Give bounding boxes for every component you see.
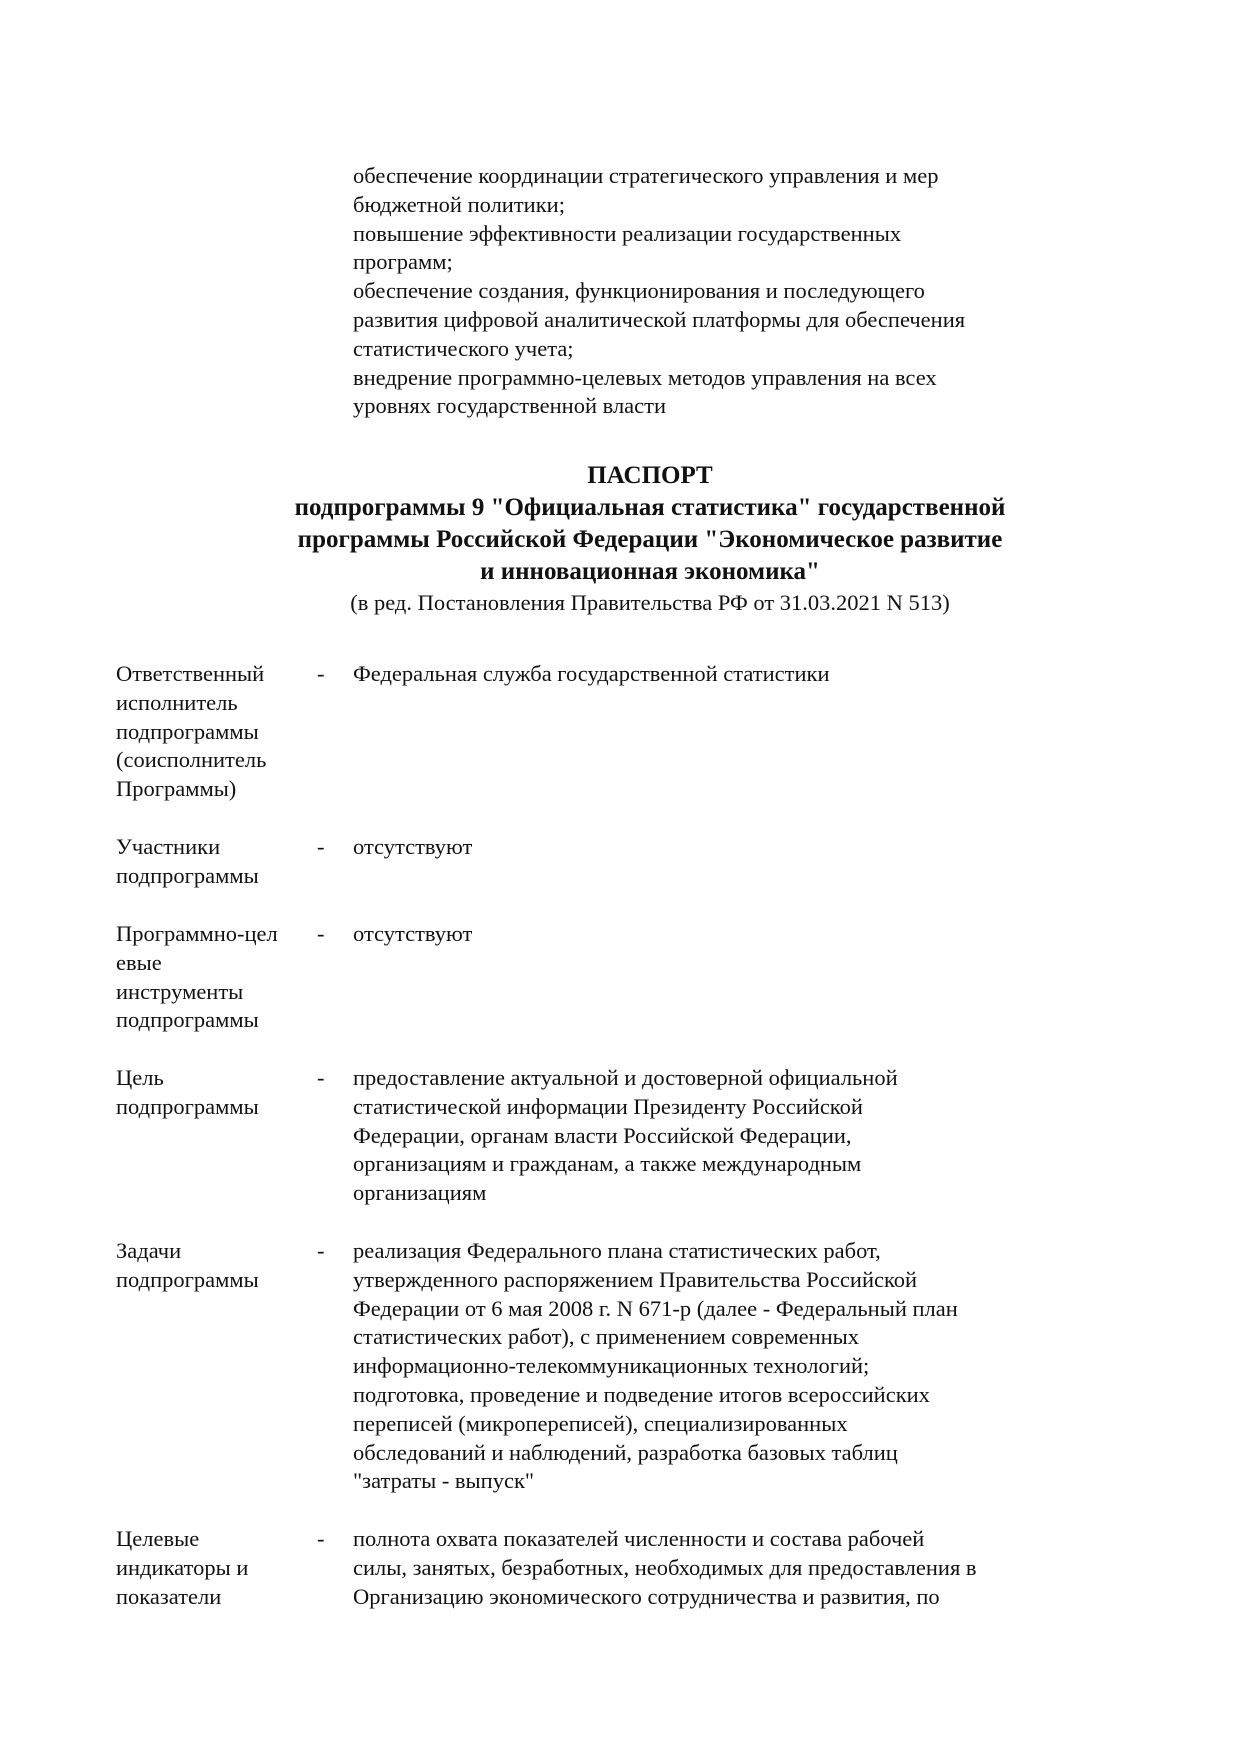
label-line: подпрограммы — [116, 1006, 306, 1035]
intro-line: обеспечение координации стратегического … — [353, 162, 1073, 191]
row-separator: - — [317, 833, 325, 862]
label-line: показатели — [116, 1583, 306, 1612]
intro-line: бюджетной политики; — [353, 191, 1073, 220]
label-line: Программно-цел — [116, 920, 306, 949]
row-value: полнота охвата показателей численности и… — [353, 1525, 1073, 1611]
row-value: Федеральная служба государственной стати… — [353, 660, 1073, 804]
row-separator: - — [317, 1525, 325, 1554]
row-value: отсутствуют — [353, 920, 1073, 1035]
passport-row-participants: Участники подпрограммы - отсутствуют — [116, 833, 1076, 891]
row-value: предоставление актуальной и достоверной … — [353, 1064, 1073, 1208]
passport-row-instruments: Программно-цел евые инструменты подпрогр… — [116, 920, 1076, 1035]
label-line: Ответственный — [116, 660, 306, 689]
value-line: реализация Федерального плана статистиче… — [353, 1237, 1073, 1266]
passport-row-indicators: Целевые индикаторы и показатели - полнот… — [116, 1525, 1076, 1611]
value-line: полнота охвата показателей численности и… — [353, 1525, 1073, 1554]
row-value: реализация Федерального плана статистиче… — [353, 1237, 1073, 1496]
value-line: подготовка, проведение и подведение итог… — [353, 1381, 1073, 1410]
label-line: Программы) — [116, 775, 306, 804]
value-line: силы, занятых, безработных, необходимых … — [353, 1554, 1073, 1583]
label-line: (соисполнитель — [116, 746, 306, 775]
label-line: подпрограммы — [116, 1266, 306, 1295]
row-label: Цель подпрограммы — [116, 1064, 306, 1122]
label-line: инструменты — [116, 978, 306, 1007]
row-value: отсутствуют — [353, 833, 1073, 891]
intro-line: обеспечение создания, функционирования и… — [353, 277, 1073, 306]
row-separator: - — [317, 1064, 325, 1093]
intro-line: программ; — [353, 248, 1073, 277]
value-line: Организацию экономического сотрудничеств… — [353, 1583, 1073, 1612]
value-line: "затраты - выпуск" — [353, 1467, 1073, 1496]
heading-subtitle-line: программы Российской Федерации "Экономич… — [150, 524, 1150, 556]
value-line: информационно-телекоммуникационных техно… — [353, 1352, 1073, 1381]
label-line: Цель — [116, 1064, 306, 1093]
value-line: Федерации, органам власти Российской Фед… — [353, 1122, 1073, 1151]
row-label: Задачи подпрограммы — [116, 1237, 306, 1295]
value-line: предоставление актуальной и достоверной … — [353, 1064, 1073, 1093]
row-label: Участники подпрограммы — [116, 833, 306, 891]
value-line: Федеральная служба государственной стати… — [353, 660, 1073, 689]
label-line: Задачи — [116, 1237, 306, 1266]
label-line: Целевые — [116, 1525, 306, 1554]
value-line: переписей (микропереписей), специализиро… — [353, 1410, 1073, 1439]
passport-heading: ПАСПОРТ подпрограммы 9 "Официальная стат… — [150, 460, 1150, 618]
edition-note: (в ред. Постановления Правительства РФ о… — [150, 588, 1150, 618]
document-page: обеспечение координации стратегического … — [0, 0, 1240, 1754]
intro-line: развития цифровой аналитической платформ… — [353, 306, 1073, 335]
passport-row-responsible: Ответственный исполнитель подпрограммы (… — [116, 660, 1076, 804]
intro-paragraph: обеспечение координации стратегического … — [353, 162, 1073, 421]
intro-line: внедрение программно-целевых методов упр… — [353, 364, 1073, 393]
value-line: отсутствуют — [353, 833, 1073, 862]
passport-table: Ответственный исполнитель подпрограммы (… — [116, 660, 1076, 1612]
row-separator: - — [317, 1237, 325, 1266]
heading-subtitle-line: подпрограммы 9 "Официальная статистика" … — [150, 492, 1150, 524]
heading-subtitle-line: и инновационная экономика" — [150, 556, 1150, 588]
label-line: исполнитель — [116, 689, 306, 718]
value-line: отсутствуют — [353, 920, 1073, 949]
value-line: Федерации от 6 мая 2008 г. N 671-р (дале… — [353, 1295, 1073, 1324]
label-line: подпрограммы — [116, 1093, 306, 1122]
value-line: статистических работ), с применением сов… — [353, 1323, 1073, 1352]
row-label: Целевые индикаторы и показатели — [116, 1525, 306, 1611]
row-label: Программно-цел евые инструменты подпрогр… — [116, 920, 306, 1035]
label-line: Участники — [116, 833, 306, 862]
label-line: подпрограммы — [116, 718, 306, 747]
row-separator: - — [317, 660, 325, 689]
row-separator: - — [317, 920, 325, 949]
value-line: организациям — [353, 1179, 1073, 1208]
intro-line: статистического учета; — [353, 335, 1073, 364]
intro-line: повышение эффективности реализации госуд… — [353, 220, 1073, 249]
label-line: евые — [116, 949, 306, 978]
value-line: статистической информации Президенту Рос… — [353, 1093, 1073, 1122]
label-line: индикаторы и — [116, 1554, 306, 1583]
value-line: утвержденного распоряжением Правительств… — [353, 1266, 1073, 1295]
page-title: ПАСПОРТ — [150, 460, 1150, 492]
value-line: организациям и гражданам, а также междун… — [353, 1150, 1073, 1179]
row-label: Ответственный исполнитель подпрограммы (… — [116, 660, 306, 804]
passport-row-tasks: Задачи подпрограммы - реализация Федерал… — [116, 1237, 1076, 1496]
value-line: обследований и наблюдений, разработка ба… — [353, 1439, 1073, 1468]
passport-row-goal: Цель подпрограммы - предоставление актуа… — [116, 1064, 1076, 1208]
intro-line: уровнях государственной власти — [353, 392, 1073, 421]
label-line: подпрограммы — [116, 862, 306, 891]
